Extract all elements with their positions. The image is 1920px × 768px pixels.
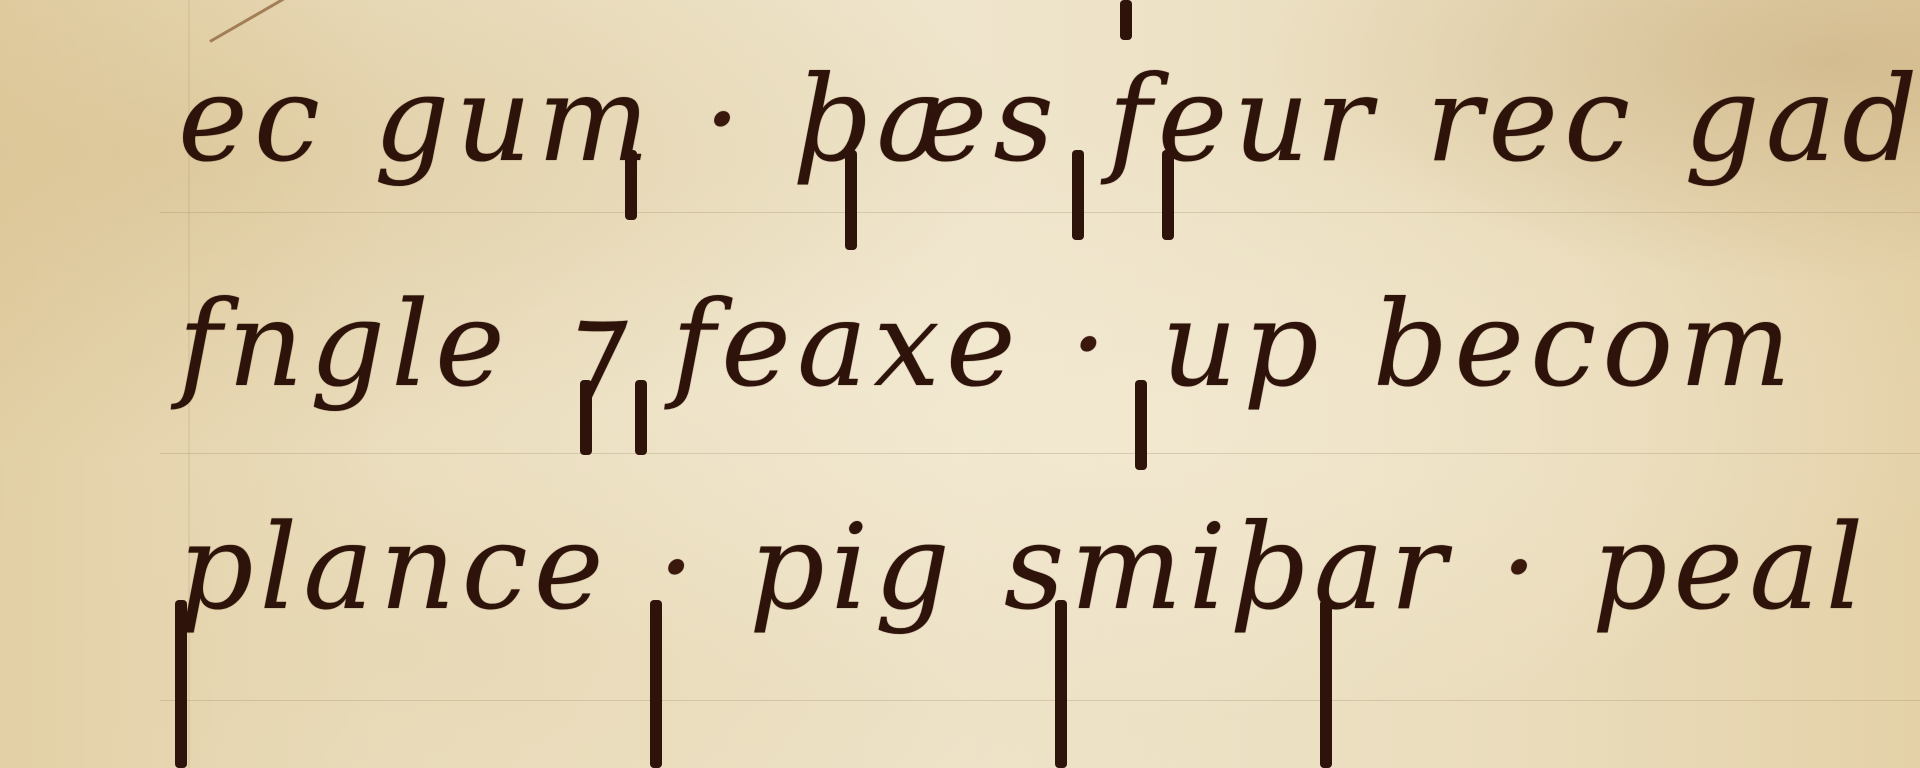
word: gum [374, 50, 655, 188]
word: feaxe [671, 275, 1021, 413]
ruling-line [160, 453, 1920, 454]
word: feur [1108, 50, 1378, 188]
manuscript-line-1: ecgum·þæsfeurrecgad [178, 50, 1920, 188]
manuscript-line-2: fngle⁊feaxe·upbecom [178, 275, 1845, 413]
ink-stroke [1120, 0, 1132, 40]
word: rec [1426, 50, 1636, 188]
ink-stroke [625, 150, 637, 220]
ink-stroke [209, 0, 288, 43]
word: up [1161, 275, 1325, 413]
manuscript-photo: ecgum·þæsfeurrecgad fngle⁊feaxe·upbecom … [0, 0, 1920, 768]
ink-stroke [580, 380, 592, 455]
punctus: · [703, 50, 747, 188]
manuscript-line-3: plance·pigsmiþar·peal [178, 498, 1917, 636]
ink-stroke [635, 380, 647, 455]
word: becom [1373, 275, 1797, 413]
word: peal [1592, 498, 1869, 636]
word: ec [178, 50, 326, 188]
ink-stroke [1055, 600, 1067, 768]
word: gad [1684, 50, 1920, 188]
word: plance [178, 498, 610, 636]
ink-stroke [1072, 150, 1084, 240]
punctus: · [1500, 498, 1544, 636]
ink-stroke [1320, 600, 1332, 768]
punctus: · [658, 498, 702, 636]
ruling-line [160, 212, 1920, 213]
ink-stroke [175, 600, 187, 768]
ink-stroke [845, 150, 857, 250]
ink-stroke [1135, 380, 1147, 470]
word: þæs [795, 50, 1060, 188]
ink-stroke [1162, 150, 1174, 240]
punctus: · [1070, 275, 1114, 413]
ink-stroke [650, 600, 662, 768]
ruling-line [160, 700, 1920, 701]
word: fngle [178, 275, 511, 413]
word: smiþar [1004, 498, 1452, 636]
word: pig [749, 498, 956, 636]
